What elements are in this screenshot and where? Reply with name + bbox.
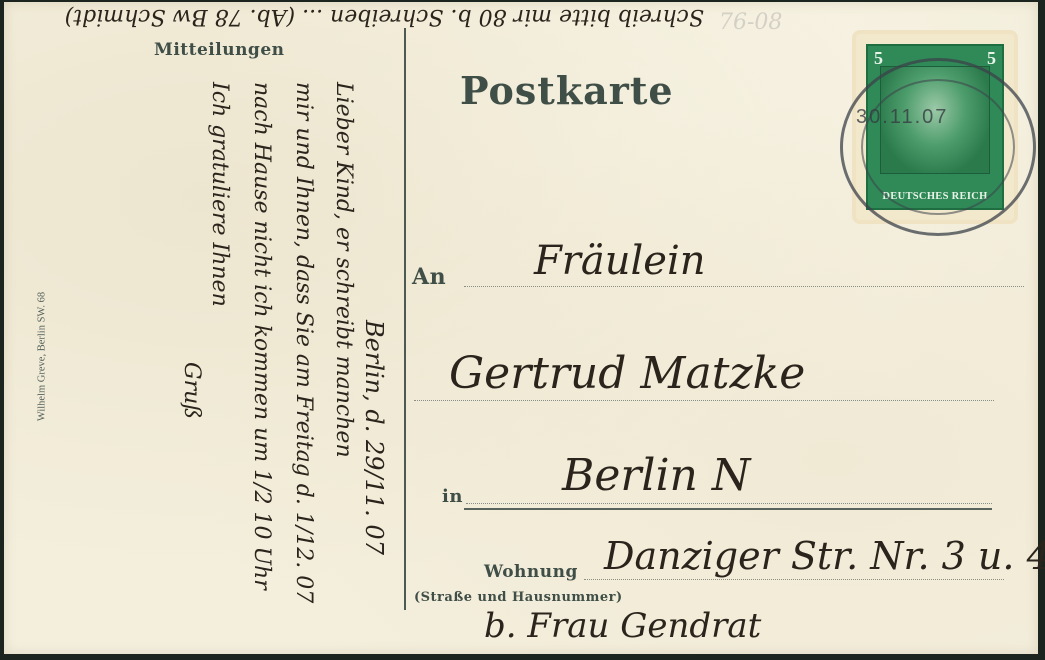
message-block-5: Ich gratuliere Ihnen <box>207 82 232 307</box>
postmark-circle <box>840 58 1036 236</box>
label-in: in <box>442 486 463 507</box>
message-block-4: nach Hause nicht ich kommen um 1/2 10 Uh… <box>249 82 274 590</box>
label-an: An <box>412 264 446 290</box>
message-line: nach Hause nicht ich kommen um 1/2 10 Uh… <box>249 82 274 590</box>
publisher-imprint: Wilhelm Greve, Berlin SW. 68 <box>37 247 48 467</box>
address-line-1 <box>464 286 1024 287</box>
postmark-date: 30.11.07 <box>856 106 948 129</box>
label-wohnung: Wohnung <box>484 562 578 582</box>
message-block: Berlin, d. 29/11. 07 <box>354 320 394 555</box>
message-line: Ich gratuliere Ihnen <box>207 82 232 307</box>
message-block-3: mir und Ihnen, dass Sie am Freitag d. 1/… <box>291 82 316 603</box>
message-line: mir und Ihnen, dass Sie am Freitag d. 1/… <box>291 82 316 603</box>
message-line: Lieber Kind, er schreibt manchen <box>331 82 356 458</box>
recipient-city: Berlin N <box>562 450 750 501</box>
postmark-inner-ring <box>861 79 1015 215</box>
message-line: Gruß <box>179 362 204 419</box>
address-line-3-underline <box>464 508 992 510</box>
message-block-6: Gruß <box>179 362 204 419</box>
label-street-hint: (Straße und Hausnummer) <box>414 590 623 605</box>
postcard: Schreib bitte mir 80 b. Schreiben ... (A… <box>4 2 1038 654</box>
upside-down-note: Schreib bitte mir 80 b. Schreiben ... (A… <box>144 4 704 29</box>
message-section-label: Mitteilungen <box>154 40 285 60</box>
recipient-name: Gertrud Matzke <box>449 348 805 399</box>
address-line-3-dots <box>466 503 992 504</box>
recipient-street: Danziger Str. Nr. 3 u. 4 <box>604 534 1045 578</box>
care-of: b. Frau Gendrat <box>484 606 761 646</box>
postcard-heading: Postkarte <box>460 68 674 113</box>
message-line: Berlin, d. 29/11. 07 <box>354 320 394 555</box>
recipient-salutation: Fräulein <box>534 238 706 284</box>
address-line-4 <box>584 579 1004 580</box>
pencil-mark: 76-08 <box>719 10 782 35</box>
address-line-2 <box>414 400 994 401</box>
message-block-2: Lieber Kind, er schreibt manchen <box>331 82 356 458</box>
divider-line <box>404 28 406 610</box>
